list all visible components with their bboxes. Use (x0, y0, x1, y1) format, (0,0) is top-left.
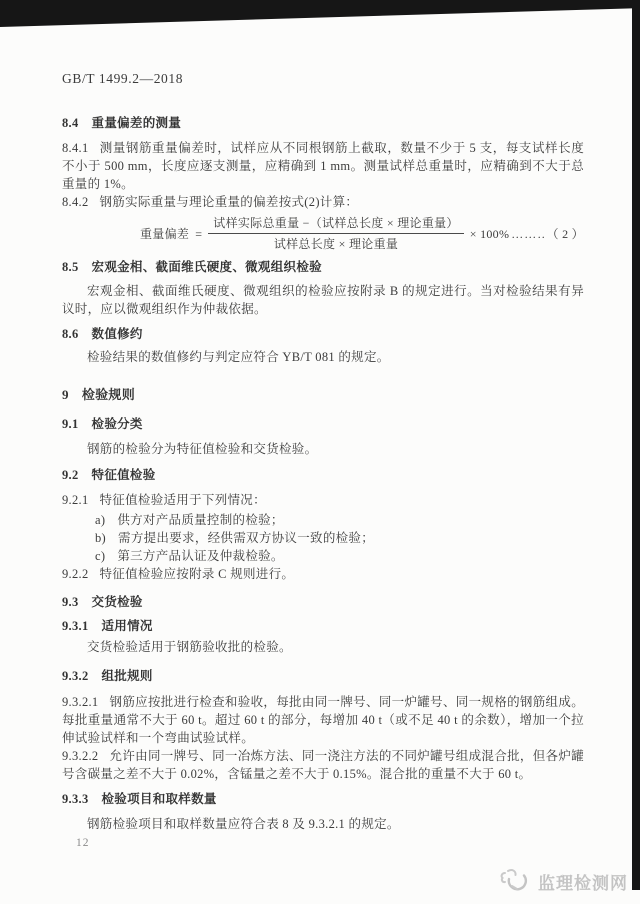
section-heading-9-3-3: 9.3.3检验项目和取样数量 (62, 790, 584, 808)
section-title: 特征值检验 (92, 468, 156, 482)
clause-number: 9.2.1 (62, 493, 89, 507)
enumerated-list: a)供方对产品质量控制的检验； b)需方提出要求，经供需双方协议一致的检验； c… (95, 511, 584, 565)
clause-8-4-2: 8.4.2钢筋实际重量与理论重量的偏差按式(2)计算： (62, 193, 584, 211)
section-heading-9-3: 9.3交货检验 (62, 593, 584, 611)
scan-border-right (632, 4, 640, 890)
fraction-denominator: 试样总长度 × 理论重量 (208, 234, 463, 252)
section-title: 适用情况 (102, 619, 153, 633)
section-number: 8.5 (62, 260, 79, 274)
formula-lhs: 重量偏差 (140, 226, 189, 242)
list-item-label: a) (95, 513, 105, 527)
clause-text: 允许由同一牌号、同一冶炼方法、同一浇注方法的不同炉罐号组成混合批，但各炉罐号含碳… (62, 749, 584, 781)
leader-dots: ……………… (511, 226, 544, 242)
watermark-text: 监理检测网 (538, 869, 628, 894)
list-item-b: b)需方提出要求，经供需双方协议一致的检验； (95, 529, 584, 547)
section-heading-9-3-2: 9.3.2组批规则 (62, 667, 584, 685)
list-item-label: b) (95, 531, 106, 545)
section-title: 交货检验 (92, 595, 143, 609)
section-number: 8.6 (62, 327, 79, 341)
section-title: 组批规则 (102, 669, 153, 683)
clause-9-3-2-2: 9.3.2.2允许由同一牌号、同一冶炼方法、同一浇注方法的不同炉罐号组成混合批，… (62, 747, 584, 783)
section-title: 数值修约 (92, 327, 143, 341)
list-item-label: c) (95, 549, 105, 563)
formula-fraction: 试样实际总重量 −（试样总长度 × 理论重量） 试样总长度 × 理论重量 (208, 215, 463, 252)
section-heading-9-3-1: 9.3.1适用情况 (62, 617, 584, 635)
chapter-heading-9: 9检验规则 (62, 386, 584, 404)
clause-9-1-text: 钢筋的检验分为特征值检验和交货检验。 (62, 440, 584, 458)
clause-text: 特征值检验适用于下列情况： (100, 493, 266, 507)
clause-number: 9.2.2 (62, 567, 89, 581)
clause-9-2-2: 9.2.2特征值检验应按附录 C 规则进行。 (62, 565, 584, 583)
clause-8-5-text: 宏观金相、截面维氏硬度、微观组织的检验应按附录 B 的规定进行。当对检验结果有异… (62, 282, 584, 318)
clause-text: 钢筋应按批进行检查和验收，每批由同一牌号、同一炉罐号、同一规格的钢筋组成。每批重… (62, 695, 584, 745)
section-number: 8.4 (62, 116, 79, 130)
section-heading-8-5: 8.5宏观金相、截面维氏硬度、微观组织检验 (62, 258, 584, 276)
scan-border-top (0, 0, 640, 27)
clause-number: 8.4.1 (62, 141, 89, 155)
section-title: 宏观金相、截面维氏硬度、微观组织检验 (92, 260, 322, 274)
section-title: 检验分类 (92, 417, 143, 431)
clause-text: 钢筋实际重量与理论重量的偏差按式(2)计算： (100, 195, 359, 209)
chapter-number: 9 (62, 387, 69, 402)
section-number: 9.2 (62, 468, 79, 482)
watermark-logo-icon (499, 866, 533, 896)
clause-number: 8.4.2 (62, 195, 89, 209)
clause-9-2-1: 9.2.1特征值检验适用于下列情况： (62, 491, 584, 509)
section-number: 9.3 (62, 595, 79, 609)
document-body: GB/T 1499.2—2018 8.4重量偏差的测量 8.4.1测量钢筋重量偏… (62, 70, 584, 833)
clause-number: 9.3.2.1 (62, 695, 98, 709)
section-title: 检验项目和取样数量 (102, 792, 217, 806)
clause-text: 测量钢筋重量偏差时，试样应从不同根钢筋上截取，数量不少于 5 支，每支试样长度不… (62, 141, 584, 191)
section-number: 9.3.1 (62, 619, 89, 633)
standard-code-header: GB/T 1499.2—2018 (62, 70, 584, 88)
section-number: 9.3.3 (62, 792, 89, 806)
clause-text: 特征值检验应按附录 C 规则进行。 (100, 567, 295, 581)
page-number: 12 (76, 837, 90, 849)
clause-9-3-2-1: 9.3.2.1钢筋应按批进行检查和验收，每批由同一牌号、同一炉罐号、同一规格的钢… (62, 693, 584, 747)
scanned-document-page: GB/T 1499.2—2018 8.4重量偏差的测量 8.4.1测量钢筋重量偏… (0, 0, 640, 904)
section-heading-8-6: 8.6数值修约 (62, 325, 584, 343)
formula-multiplier: × 100% (470, 226, 510, 242)
chapter-title: 检验规则 (82, 387, 135, 402)
clause-9-3-1-text: 交货检验适用于钢筋验收批的检验。 (62, 638, 584, 656)
list-item-text: 需方提出要求，经供需双方协议一致的检验； (118, 531, 374, 545)
list-item-text: 第三方产品认证及仲裁检验。 (117, 549, 283, 563)
fraction-numerator: 试样实际总重量 −（试样总长度 × 理论重量） (208, 215, 463, 234)
equation-number: （ 2 ） (546, 226, 584, 242)
list-item-a: a)供方对产品质量控制的检验； (95, 511, 584, 529)
section-number: 9.3.2 (62, 669, 89, 683)
section-heading-9-1: 9.1检验分类 (62, 415, 584, 433)
list-item-c: c)第三方产品认证及仲裁检验。 (95, 547, 584, 565)
list-item-text: 供方对产品质量控制的检验； (117, 513, 283, 527)
equals-sign: = (195, 226, 202, 242)
clause-8-6-text: 检验结果的数值修约与判定应符合 YB/T 081 的规定。 (62, 348, 584, 366)
clause-8-4-1: 8.4.1测量钢筋重量偏差时，试样应从不同根钢筋上截取，数量不少于 5 支，每支… (62, 139, 584, 193)
section-heading-8-4: 8.4重量偏差的测量 (62, 114, 584, 132)
weight-deviation-formula: 重量偏差 = 试样实际总重量 −（试样总长度 × 理论重量） 试样总长度 × 理… (140, 215, 584, 252)
section-number: 9.1 (62, 417, 79, 431)
watermark: 监理检测网 (499, 866, 628, 896)
clause-9-3-3-text: 钢筋检验项目和取样数量应符合表 8 及 9.3.2.1 的规定。 (62, 815, 584, 833)
section-title: 重量偏差的测量 (92, 116, 182, 130)
clause-number: 9.3.2.2 (62, 749, 98, 763)
section-heading-9-2: 9.2特征值检验 (62, 466, 584, 484)
